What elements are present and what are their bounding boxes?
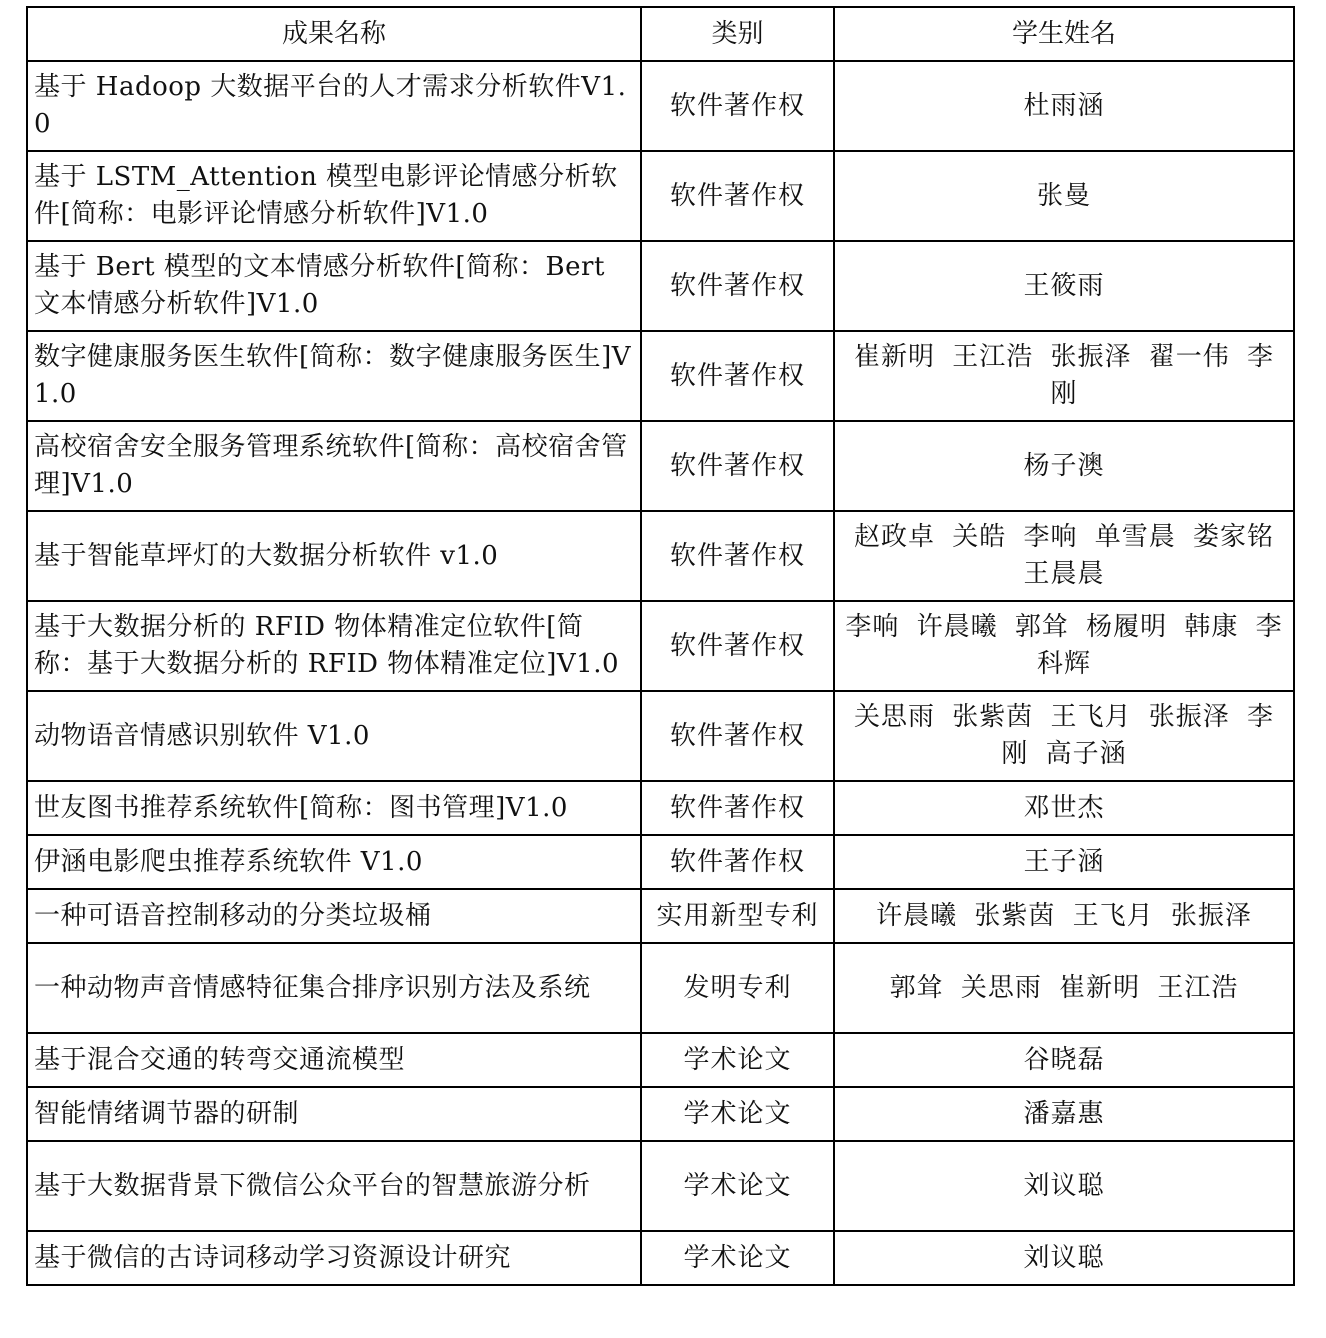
- table-row: 世友图书推荐系统软件[简称：图书管理]V1.0 软件著作权 邓世杰: [27, 781, 1294, 835]
- table-row: 基于 LSTM_Attention 模型电影评论情感分析软件[简称：电影评论情感…: [27, 151, 1294, 241]
- achievement-name: 高校宿舍安全服务管理系统软件[简称：高校宿舍管理]V1.0: [27, 421, 641, 511]
- category: 学术论文: [641, 1231, 834, 1285]
- category: 软件著作权: [641, 61, 834, 151]
- category: 学术论文: [641, 1033, 834, 1087]
- table-row: 动物语音情感识别软件 V1.0 软件著作权 关思雨 张紫茵 王飞月 张振泽 李刚…: [27, 691, 1294, 781]
- category: 软件著作权: [641, 241, 834, 331]
- student-names: 关思雨 张紫茵 王飞月 张振泽 李刚 高子涵: [834, 691, 1294, 781]
- category: 软件著作权: [641, 421, 834, 511]
- achievement-name: 基于 Bert 模型的文本情感分析软件[简称：Bert 文本情感分析软件]V1.…: [27, 241, 641, 331]
- table-row: 基于微信的古诗词移动学习资源设计研究 学术论文 刘议聪: [27, 1231, 1294, 1285]
- table-row: 一种可语音控制移动的分类垃圾桶 实用新型专利 许晨曦 张紫茵 王飞月 张振泽: [27, 889, 1294, 943]
- header-student-names: 学生姓名: [834, 7, 1294, 61]
- category: 软件著作权: [641, 331, 834, 421]
- category: 软件著作权: [641, 781, 834, 835]
- category: 软件著作权: [641, 691, 834, 781]
- table-row: 一种动物声音情感特征集合排序识别方法及系统 发明专利 郭耸 关思雨 崔新明 王江…: [27, 943, 1294, 1033]
- achievement-name: 数字健康服务医生软件[简称：数字健康服务医生]V1.0: [27, 331, 641, 421]
- student-names: 王子涵: [834, 835, 1294, 889]
- student-names: 邓世杰: [834, 781, 1294, 835]
- student-names: 杨子澳: [834, 421, 1294, 511]
- category: 学术论文: [641, 1087, 834, 1141]
- table-row: 伊涵电影爬虫推荐系统软件 V1.0 软件著作权 王子涵: [27, 835, 1294, 889]
- student-names: 潘嘉惠: [834, 1087, 1294, 1141]
- achievement-name: 世友图书推荐系统软件[简称：图书管理]V1.0: [27, 781, 641, 835]
- achievement-name: 基于智能草坪灯的大数据分析软件 v1.0: [27, 511, 641, 601]
- student-names: 许晨曦 张紫茵 王飞月 张振泽: [834, 889, 1294, 943]
- table-row: 基于 Bert 模型的文本情感分析软件[简称：Bert 文本情感分析软件]V1.…: [27, 241, 1294, 331]
- achievement-name: 一种动物声音情感特征集合排序识别方法及系统: [27, 943, 641, 1033]
- student-names: 王筱雨: [834, 241, 1294, 331]
- achievement-name: 伊涵电影爬虫推荐系统软件 V1.0: [27, 835, 641, 889]
- student-names: 刘议聪: [834, 1231, 1294, 1285]
- student-names: 李响 许晨曦 郭耸 杨履明 韩康 李科辉: [834, 601, 1294, 691]
- category: 学术论文: [641, 1141, 834, 1231]
- achievement-name: 基于大数据分析的 RFID 物体精准定位软件[简称：基于大数据分析的 RFID …: [27, 601, 641, 691]
- student-names: 赵政卓 关皓 李响 单雪晨 娄家铭 王晨晨: [834, 511, 1294, 601]
- achievement-name: 动物语音情感识别软件 V1.0: [27, 691, 641, 781]
- achievements-table: 成果名称 类别 学生姓名 基于 Hadoop 大数据平台的人才需求分析软件V1.…: [26, 6, 1295, 1286]
- student-names: 刘议聪: [834, 1141, 1294, 1231]
- achievement-name: 基于 LSTM_Attention 模型电影评论情感分析软件[简称：电影评论情感…: [27, 151, 641, 241]
- category: 软件著作权: [641, 511, 834, 601]
- header-achievement-name: 成果名称: [27, 7, 641, 61]
- achievement-name: 一种可语音控制移动的分类垃圾桶: [27, 889, 641, 943]
- category: 发明专利: [641, 943, 834, 1033]
- category: 实用新型专利: [641, 889, 834, 943]
- student-names: 崔新明 王江浩 张振泽 翟一伟 李刚: [834, 331, 1294, 421]
- category: 软件著作权: [641, 835, 834, 889]
- table-row: 智能情绪调节器的研制 学术论文 潘嘉惠: [27, 1087, 1294, 1141]
- student-names: 谷晓磊: [834, 1033, 1294, 1087]
- student-names: 杜雨涵: [834, 61, 1294, 151]
- achievement-name: 基于混合交通的转弯交通流模型: [27, 1033, 641, 1087]
- achievement-name: 智能情绪调节器的研制: [27, 1087, 641, 1141]
- table-row: 数字健康服务医生软件[简称：数字健康服务医生]V1.0 软件著作权 崔新明 王江…: [27, 331, 1294, 421]
- table-row: 基于大数据背景下微信公众平台的智慧旅游分析 学术论文 刘议聪: [27, 1141, 1294, 1231]
- table-row: 基于 Hadoop 大数据平台的人才需求分析软件V1.0 软件著作权 杜雨涵: [27, 61, 1294, 151]
- category: 软件著作权: [641, 601, 834, 691]
- header-category: 类别: [641, 7, 834, 61]
- student-names: 张曼: [834, 151, 1294, 241]
- category: 软件著作权: [641, 151, 834, 241]
- student-names: 郭耸 关思雨 崔新明 王江浩: [834, 943, 1294, 1033]
- achievement-name: 基于 Hadoop 大数据平台的人才需求分析软件V1.0: [27, 61, 641, 151]
- achievement-name: 基于大数据背景下微信公众平台的智慧旅游分析: [27, 1141, 641, 1231]
- table-row: 基于混合交通的转弯交通流模型 学术论文 谷晓磊: [27, 1033, 1294, 1087]
- header-row: 成果名称 类别 学生姓名: [27, 7, 1294, 61]
- table-row: 基于大数据分析的 RFID 物体精准定位软件[简称：基于大数据分析的 RFID …: [27, 601, 1294, 691]
- table-row: 基于智能草坪灯的大数据分析软件 v1.0 软件著作权 赵政卓 关皓 李响 单雪晨…: [27, 511, 1294, 601]
- achievement-name: 基于微信的古诗词移动学习资源设计研究: [27, 1231, 641, 1285]
- table-row: 高校宿舍安全服务管理系统软件[简称：高校宿舍管理]V1.0 软件著作权 杨子澳: [27, 421, 1294, 511]
